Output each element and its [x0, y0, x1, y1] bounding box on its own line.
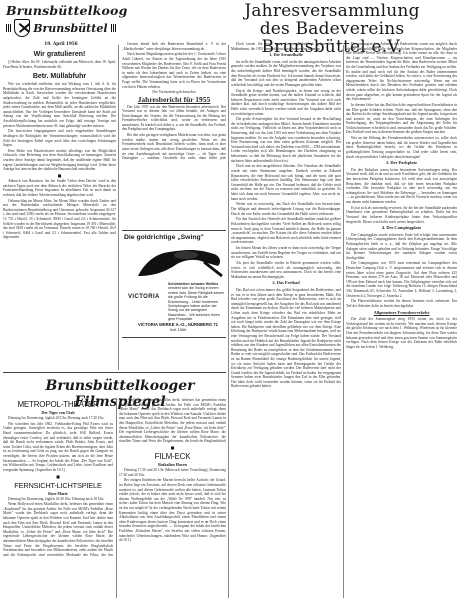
divider [122, 230, 226, 231]
strandhalle-paragraph: Weiter war es notwendig, das Dach der St… [231, 202, 341, 216]
issue-date: 19. April 1956 [6, 41, 116, 46]
camping-paragraph: Der Campingplatz war 1955 zum erstenmal … [346, 261, 457, 298]
parkplatz-heading: 3. Der Parkplatz [346, 161, 457, 166]
article-column-2: Gestern abend hielt der Badeverein Bruns… [122, 42, 226, 162]
garbage-heading: Betr. Müllabfuhr [3, 73, 116, 80]
ad-footer: VICTORIA WERKE A.-G., NÜRNBERG 71 [130, 322, 226, 327]
film-description: Wir schreiben das Jahr 1882. Viehbarden-… [3, 422, 113, 473]
local-news-column: Wir gratulieren! () Hohes Alter. Ihr 85.… [3, 48, 116, 241]
garbage-paragraph: Die inzwischen eingegangenen und noch ei… [3, 129, 116, 147]
report-paragraph: Doch lassen Sie mich einen kurzen Ueberb… [231, 42, 341, 51]
separator-mark: ■ [3, 474, 113, 479]
article-column-4: Die umfangreichen Arbeiten des Badeverei… [346, 42, 457, 598]
freibad-paragraph: Die umfangreichen Arbeiten des Badeverei… [346, 42, 457, 102]
freibad-heading: 2. Das Freibad [231, 281, 341, 286]
decorative-bar-icon [6, 24, 11, 32]
showtimes: Dienstag 17.30 und 20 Uhr (Mittwoch kein… [119, 468, 226, 477]
garbage-paragraph: Wie wir wiederholt meldeten, tritt mit W… [3, 82, 116, 128]
strandhalle-paragraph: Durch die Kriegs- und Nachkriegsjahre, i… [231, 89, 341, 117]
report-paragraph: Das Jahr 1955 war für den Badeverein bes… [122, 105, 226, 133]
divider [3, 372, 226, 373]
cinema-name: FILM-ECK [119, 452, 226, 461]
congrats-heading: Wir gratulieren! [3, 51, 116, 58]
intro-paragraph: Nach kurzen Begrüßungsworten gedachte de… [122, 52, 226, 89]
film-description: Wenn Hollywood einen Musikfilm dreht, be… [3, 502, 113, 556]
ad-since: Seit 1886 [130, 328, 226, 332]
film-title: Rotkalien Haven [119, 462, 226, 467]
strandhalle-paragraph: Für den Anstrich des Oberteils der Stran… [231, 217, 341, 245]
garbage-paragraph: Eine Reihe von Hausbesitzern machte alle… [3, 149, 116, 172]
report-paragraph: Bei den sehr geringen verfügbaren Mittel… [122, 133, 226, 161]
anchor-crest-icon [14, 19, 30, 37]
ad-copy: Schönheiten schwarz Weißes versteht sich… [168, 282, 226, 322]
masthead-title-brunsbuettelkoog: Brunsbüttelkoog [6, 4, 116, 18]
camping-paragraph: Die Platzverhältnisse werden für diesen … [346, 299, 457, 308]
annual-report-heading: Jahresbericht für 1955 [122, 98, 226, 103]
separator-mark: ■ [3, 173, 116, 178]
barracks-item: Abbruch von Baracken. An der Straße 'Ueb… [3, 179, 116, 197]
decorative-bar-icon [111, 24, 116, 32]
victoria-brand: VICTORIA [128, 294, 160, 300]
separator-mark: ■ [119, 445, 226, 450]
tourism-paragraph: Die Zahl der Sommergäste stieg 1955 weit… [346, 317, 457, 349]
film-column-right: Wenn Hollywood einen Musikfilm dreht, be… [119, 398, 226, 544]
showtimes: Dienstag bis Donnerstag, täglich 20.30 U… [3, 497, 113, 502]
freibad-paragraph: In diesem Jahre hat das Bad durch die un… [346, 103, 457, 135]
garbage-article: Wie wir wiederholt meldeten, tritt mit W… [3, 82, 116, 172]
ad-headline: Die goldrichtige „Swing" [124, 234, 228, 241]
strandhalle-paragraph: Die große Schwierigkeit für den Vorstand… [231, 117, 341, 163]
divider [122, 337, 226, 338]
intro-paragraph: Gestern abend hielt der Badeverein Bruns… [122, 42, 226, 51]
strandhalle-paragraph: Im letzten Monat des Jahres wurde es dan… [231, 246, 341, 260]
camping-paragraph: Der Campingplatz wurde verbessert. Ende … [346, 233, 457, 261]
freibad-paragraph: Wer an der Hebung des Fremdenverkehrs un… [346, 136, 457, 159]
film-title: Der Tiger von Utah [3, 410, 113, 415]
cinema-name: FERNSICHT-LICHTSPIELE [3, 481, 113, 490]
parkplatz-paragraph: Es hat sich als notwendig erwiesen, für … [346, 206, 457, 224]
film-title: Rose Marie [3, 491, 113, 496]
strandhalle-heading: 1. Die Strandhalle [231, 53, 341, 58]
strandhalle-paragraph: Doch nun zu den ausgeführten Arbeiten. D… [231, 164, 341, 201]
congrats-text: () Hohes Alter. Ihr 85. Lebensjahr volle… [3, 60, 116, 69]
headline-line-1: Jahresversammlung [205, 2, 459, 20]
film-description-continued: Wenn Hollywood einen Musikfilm dreht, be… [119, 398, 226, 444]
cinema-name: METROPOL-THEATER [3, 400, 113, 409]
strandhalle-paragraph: Als jetzt die Strandhalle wieder in Betr… [231, 261, 341, 279]
victoria-swing-ad: Die goldrichtige „Swing" Schönheiten sch… [124, 234, 228, 334]
masthead: Brunsbüttelkoog Brunsbüttel 19. April 19… [6, 4, 116, 46]
parkplatz-paragraph: Für den Parkplatz waren keine besonderen… [346, 168, 457, 205]
film-column-left: METROPOL-THEATER Der Tiger von Utah Dien… [3, 398, 113, 557]
film-description: Bei einigen Einheiten der Marine herrsch… [119, 478, 226, 542]
showtimes: Dienstag bis Donnerstag, täglich 20 Uhr,… [3, 416, 113, 421]
masthead-title-brunsbuettel: Brunsbüttel [33, 22, 107, 35]
camping-heading: 4. Der Campingplatz [346, 226, 457, 231]
freibad-paragraph: Das Bad war schon immer das größte Sorge… [231, 288, 341, 389]
strandhalle-paragraph: Im stelle die Strandhalle voran, weil an… [231, 60, 341, 88]
tourism-heading: Allgemeiner Fremdenverkehr [346, 311, 457, 316]
article-column-3: Doch lassen Sie mich einen kurzen Ueberb… [231, 42, 341, 598]
oil-item: Oelumschlag im Monat März. Im Monat März… [3, 199, 116, 240]
ad-body: versteht sich die Swing in ihrem ersten … [168, 286, 226, 321]
hand-typewriter-illustration-icon [134, 246, 224, 278]
